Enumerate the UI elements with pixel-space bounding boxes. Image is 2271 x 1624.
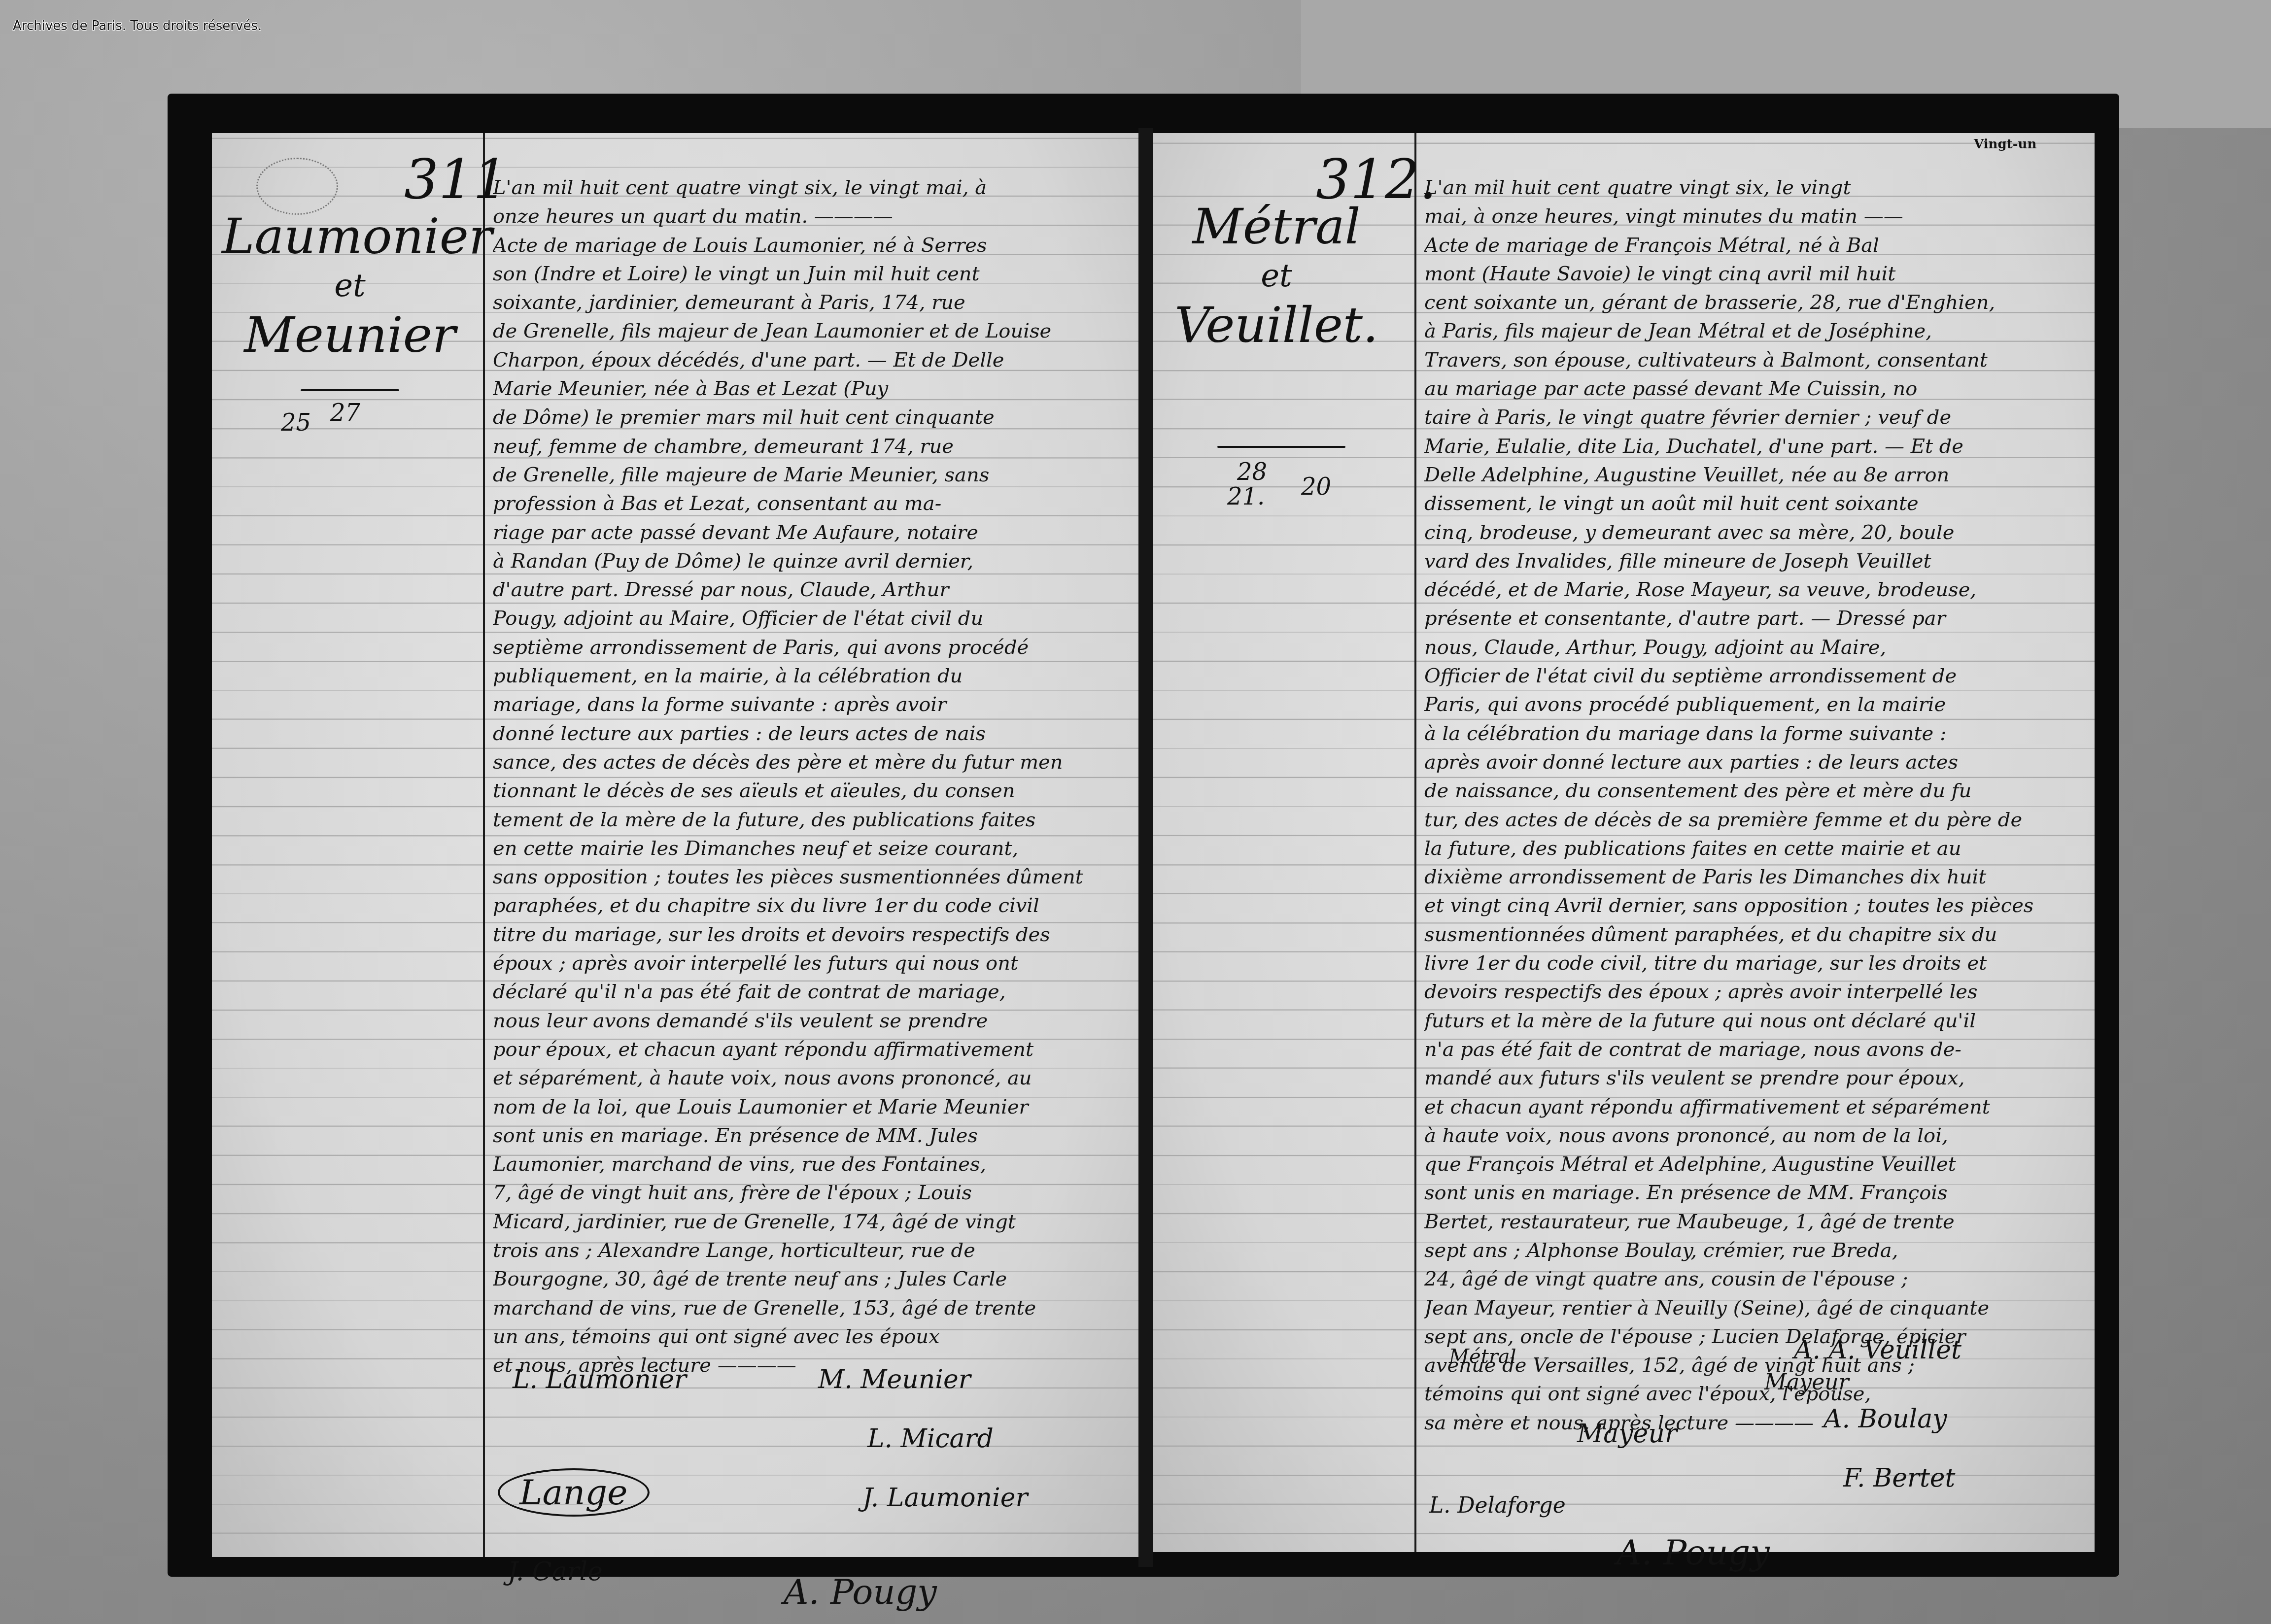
text-line: à Randan (Puy de Dôme) le quinze avril d… <box>493 547 1129 575</box>
groom-surname: Métral <box>1173 197 1380 256</box>
text-line: et vingt cinq Avril dernier, sans opposi… <box>1424 891 2085 920</box>
text-line: nous leur avons demandé s'ils veulent se… <box>493 1007 1129 1035</box>
text-line: sa mère et nous, après lecture ———— <box>1424 1409 2085 1437</box>
circular-stamp-icon <box>256 158 338 215</box>
text-line: tionnant le décès de ses aïeuls et aïeul… <box>493 777 1129 805</box>
signature: A. Boulay <box>1824 1404 1947 1434</box>
text-line: Bertet, restaurateur, rue Maubeuge, 1, â… <box>1424 1208 2085 1236</box>
text-line: cinq, brodeuse, y demeurant avec sa mère… <box>1424 518 2085 547</box>
text-line: tur, des actes de décès de sa première f… <box>1424 806 2085 834</box>
text-line: déclaré qu'il n'a pas été fait de contra… <box>493 978 1129 1006</box>
signature: A. Pougy <box>1617 1532 1770 1573</box>
text-line: L'an mil huit cent quatre vingt six, le … <box>493 173 1129 202</box>
text-line: sance, des actes de décès des père et mè… <box>493 748 1129 777</box>
act-body-text: L'an mil huit cent quatre vingt six, le … <box>493 173 1129 1380</box>
signature: J. Laumonier <box>862 1483 1028 1513</box>
text-line: taire à Paris, le vingt quatre février d… <box>1424 403 2085 432</box>
text-line: Marie, Eulalie, dite Lia, Duchatel, d'un… <box>1424 432 2085 461</box>
text-line: sont unis en mariage. En présence de MM.… <box>493 1121 1129 1150</box>
left-page: 311 Laumonier et Meunier 25 27 L'an mil … <box>212 133 1138 1557</box>
text-line: cent soixante un, gérant de brasserie, 2… <box>1424 288 2085 317</box>
groom-surname: Laumonier <box>222 207 478 266</box>
text-line: nom de la loi, que Louis Laumonier et Ma… <box>493 1093 1129 1121</box>
signature: Métral <box>1449 1345 1516 1368</box>
right-page: Vingt-un 312. Métral et Veuillet. 28 21.… <box>1153 133 2095 1552</box>
text-line: à la célébration du mariage dans la form… <box>1424 719 2085 748</box>
text-line: avenue de Versailles, 152, âgé de vingt … <box>1424 1351 2085 1380</box>
margin-note: 21. <box>1227 483 1265 510</box>
conjunction: et <box>222 266 478 305</box>
text-line: 24, âgé de vingt quatre ans, cousin de l… <box>1424 1265 2085 1293</box>
text-line: sept ans ; Alphonse Boulay, crémier, rue… <box>1424 1236 2085 1265</box>
text-line: témoins qui ont signé avec l'époux, l'ép… <box>1424 1380 2085 1408</box>
margin-rule <box>483 133 485 1557</box>
text-line: que François Métral et Adelphine, August… <box>1424 1150 2085 1179</box>
signature: M. Meunier <box>818 1365 971 1394</box>
text-line: Bourgogne, 30, âgé de trente neuf ans ; … <box>493 1265 1129 1293</box>
signature: Mayeur <box>1764 1370 1849 1395</box>
text-line: de naissance, du consentement des père e… <box>1424 777 2085 805</box>
text-line: susmentionnées dûment paraphées, et du c… <box>1424 920 2085 949</box>
text-line: titre du mariage, sur les droits et devo… <box>493 920 1129 949</box>
text-line: nous, Claude, Arthur, Pougy, adjoint au … <box>1424 633 2085 662</box>
text-line: trois ans ; Alexandre Lange, horticulteu… <box>493 1236 1129 1265</box>
text-line: mai, à onze heures, vingt minutes du mat… <box>1424 202 2085 231</box>
text-line: donné lecture aux parties : de leurs act… <box>493 719 1129 748</box>
signature: A. A. Veuillet <box>1794 1335 1961 1365</box>
text-line: de Grenelle, fils majeur de Jean Laumoni… <box>493 317 1129 345</box>
flourish-line <box>301 389 399 391</box>
text-line: présente et consentante, d'autre part. —… <box>1424 604 2085 633</box>
text-line: dissement, le vingt un août mil huit cen… <box>1424 489 2085 518</box>
text-line: riage par acte passé devant Me Aufaure, … <box>493 518 1129 547</box>
text-line: un ans, témoins qui ont signé avec les é… <box>493 1322 1129 1351</box>
text-line: Acte de mariage de Louis Laumonier, né à… <box>493 231 1129 260</box>
text-line: livre 1er du code civil, titre du mariag… <box>1424 949 2085 978</box>
signature: F. Bertet <box>1843 1463 1955 1493</box>
text-line: onze heures un quart du matin. ———— <box>493 202 1129 231</box>
margin-note: 25 <box>281 409 311 437</box>
text-line: mandé aux futurs s'ils veulent se prendr… <box>1424 1064 2085 1092</box>
page-header-number: Vingt-un <box>1974 137 2036 152</box>
text-line: époux ; après avoir interpellé les futur… <box>493 949 1129 978</box>
text-line: sont unis en mariage. En présence de MM.… <box>1424 1179 2085 1207</box>
text-line: 7, âgé de vingt huit ans, frère de l'épo… <box>493 1179 1129 1207</box>
text-line: Charpon, époux décédés, d'une part. — Et… <box>493 346 1129 374</box>
text-line: décédé, et de Marie, Rose Mayeur, sa veu… <box>1424 575 2085 604</box>
text-line: neuf, femme de chambre, demeurant 174, r… <box>493 432 1129 461</box>
signature: A. Pougy <box>784 1572 937 1612</box>
text-line: Micard, jardinier, rue de Grenelle, 174,… <box>493 1208 1129 1236</box>
text-line: L'an mil huit cent quatre vingt six, le … <box>1424 173 2085 202</box>
text-line: marchand de vins, rue de Grenelle, 153, … <box>493 1294 1129 1322</box>
text-line: sans opposition ; toutes les pièces susm… <box>493 863 1129 891</box>
margin-names: Métral et Veuillet. <box>1173 197 1380 355</box>
margin-note: 28 <box>1237 458 1267 486</box>
text-line: soixante, jardinier, demeurant à Paris, … <box>493 288 1129 317</box>
signature: L. Micard <box>867 1424 994 1454</box>
text-line: à haute voix, nous avons prononcé, au no… <box>1424 1121 2085 1150</box>
text-line: publiquement, en la mairie, à la célébra… <box>493 662 1129 690</box>
bride-surname: Meunier <box>222 305 478 365</box>
text-line: devoirs respectifs des époux ; après avo… <box>1424 978 2085 1006</box>
text-line: Marie Meunier, née à Bas et Lezat (Puy <box>493 374 1129 403</box>
text-line: vard des Invalides, fille mineure de Jos… <box>1424 547 2085 575</box>
margin-names: Laumonier et Meunier <box>222 207 478 365</box>
text-line: profession à Bas et Lezat, consentant au… <box>493 489 1129 518</box>
text-line: et séparément, à haute voix, nous avons … <box>493 1064 1129 1092</box>
text-line: Jean Mayeur, rentier à Neuilly (Seine), … <box>1424 1294 2085 1322</box>
text-line: Laumonier, marchand de vins, rue des Fon… <box>493 1150 1129 1179</box>
copyright-watermark: Archives de Paris. Tous droits réservés. <box>13 19 262 34</box>
bride-surname: Veuillet. <box>1173 296 1380 355</box>
text-line: n'a pas été fait de contrat de mariage, … <box>1424 1035 2085 1064</box>
text-line: tement de la mère de la future, des publ… <box>493 806 1129 834</box>
text-line: futurs et la mère de la future qui nous … <box>1424 1007 2085 1035</box>
act-number: 311 <box>404 148 508 211</box>
text-line: dixième arrondissement de Paris les Dima… <box>1424 863 2085 891</box>
margin-rule <box>1414 133 1416 1552</box>
text-line: paraphées, et du chapitre six du livre 1… <box>493 891 1129 920</box>
text-line: Officier de l'état civil du septième arr… <box>1424 662 2085 690</box>
text-line: la future, des publications faites en ce… <box>1424 834 2085 863</box>
signature: Lange <box>498 1468 650 1517</box>
text-line: de Dôme) le premier mars mil huit cent c… <box>493 403 1129 432</box>
text-line: Delle Adelphine, Augustine Veuillet, née… <box>1424 461 2085 489</box>
text-line: d'autre part. Dressé par nous, Claude, A… <box>493 575 1129 604</box>
flourish-line <box>1217 446 1345 448</box>
text-line: et chacun ayant répondu affirmativement … <box>1424 1093 2085 1121</box>
text-line: à Paris, fils majeur de Jean Métral et d… <box>1424 317 2085 345</box>
text-line: Acte de mariage de François Métral, né à… <box>1424 231 2085 260</box>
act-body-text: L'an mil huit cent quatre vingt six, le … <box>1424 173 2085 1437</box>
conjunction: et <box>1173 256 1380 296</box>
text-line: septième arrondissement de Paris, qui av… <box>493 633 1129 662</box>
text-line: mont (Haute Savoie) le vingt cinq avril … <box>1424 260 2085 288</box>
text-line: au mariage par acte passé devant Me Cuis… <box>1424 374 2085 403</box>
signature: L. Laumonier <box>513 1365 687 1394</box>
text-line: Paris, qui avons procédé publiquement, e… <box>1424 690 2085 719</box>
text-line: Travers, son épouse, cultivateurs à Balm… <box>1424 346 2085 374</box>
signature: J. Carle <box>508 1557 603 1587</box>
margin-note: 27 <box>330 399 360 427</box>
text-line: pour époux, et chacun ayant répondu affi… <box>493 1035 1129 1064</box>
text-line: Pougy, adjoint au Maire, Officier de l'é… <box>493 604 1129 633</box>
text-line: en cette mairie les Dimanches neuf et se… <box>493 834 1129 863</box>
text-line: de Grenelle, fille majeure de Marie Meun… <box>493 461 1129 489</box>
text-line: après avoir donné lecture aux parties : … <box>1424 748 2085 777</box>
text-line: sept ans, oncle de l'épouse ; Lucien Del… <box>1424 1322 2085 1351</box>
signature: L. Delaforge <box>1429 1493 1566 1518</box>
text-line: son (Indre et Loire) le vingt un Juin mi… <box>493 260 1129 288</box>
text-line: mariage, dans la forme suivante : après … <box>493 690 1129 719</box>
margin-note: 20 <box>1301 473 1331 501</box>
book-spine-gutter <box>1138 128 1153 1567</box>
signature: Mayeur <box>1577 1419 1677 1449</box>
